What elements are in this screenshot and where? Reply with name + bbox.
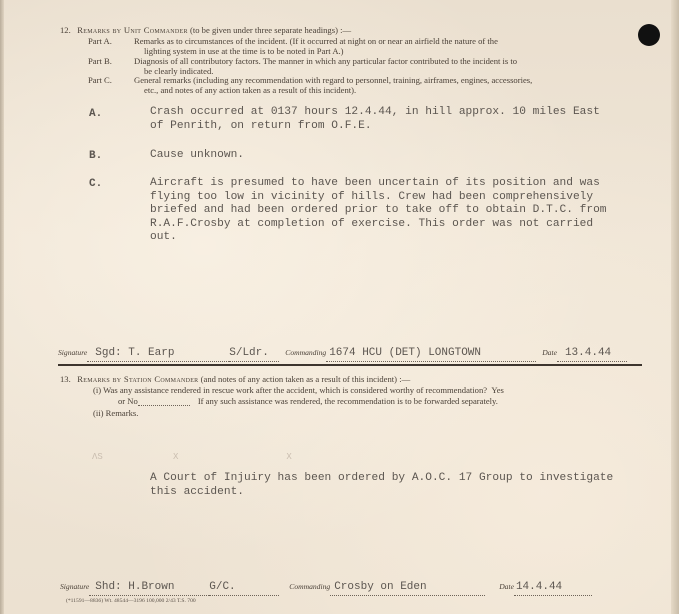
entry-a-line-1: Crash occurred at 0137 hours 12.4.44, in… [150,106,630,120]
page-left-edge [0,0,4,614]
question-i-text: Was any assistance rendered in rescue wo… [103,385,487,395]
part-c-label: Part C. [88,75,134,95]
station-commander-signature-line: Signature Shd: H.Brown G/C. Commanding C… [60,581,660,596]
commanding-value: 1674 HCU (DET) LONGTOWN [326,347,536,362]
entry-c-line-2: flying too low in vicinity of hills. Cre… [150,191,630,205]
unit-commander-signature-line: Signature Sgd: T. Earp S/Ldr. Commanding… [58,347,658,362]
part-b-instruction: Part B. Diagnosis of all contributory fa… [88,56,517,76]
part-b-line-1: Diagnosis of all contributory factors. T… [134,56,517,66]
section-13-title: Remarks by Station Commander [77,374,198,384]
entry-b-text: Cause unknown. [150,149,630,163]
section-12-heading: 12. Remarks by Unit Commander (to be giv… [60,25,351,35]
commanding-label: Commanding [289,582,330,591]
part-a-instruction: Part A. Remarks as to circumstances of t… [88,36,498,56]
signature-value: Sgd: T. Earp [87,347,229,362]
entry-b-letter: B. [89,150,102,162]
date-label: Date [499,582,514,591]
station-commander-remarks: A Court of Injuiry has been ordered by A… [150,472,630,499]
part-a-line-2: lighting system in use at the time is to… [134,46,498,56]
section-12-note: (to be given under three separate headin… [190,25,351,35]
commanding-value: Crosby on Eden [330,581,485,596]
question-ii-label: (ii) [93,408,104,418]
date-value: 14.4.44 [514,581,592,596]
entry-c-line-4: R.A.F.Crosby at completion of exercise. … [150,218,630,232]
rank-value: S/Ldr. [229,347,279,362]
assistance-question: (i) Was any assistance rendered in rescu… [93,385,653,395]
entry-a-letter: A. [89,108,102,120]
part-b-label: Part B. [88,56,134,76]
question-i-label: (i) [93,385,101,395]
question-i-no: or No [118,396,138,406]
date-value: 13.4.44 [557,347,627,362]
section-12-title: Remarks by Unit Commander [77,25,188,35]
date-label: Date [542,348,557,357]
section-12-number: 12. [60,25,71,35]
entry-a-text: Crash occurred at 0137 hours 12.4.44, in… [150,106,630,133]
page-right-edge [671,0,679,614]
signature-label: Signature [60,582,89,591]
remarks-heading: (ii) Remarks. [93,408,138,418]
entry-c-line-3: briefed and had been ordered prior to ta… [150,204,630,218]
part-a-label: Part A. [88,36,134,56]
commanding-label: Commanding [285,348,326,357]
no-answer-field [138,396,190,406]
part-a-line-1: Remarks as to circumstances of the incid… [134,36,498,46]
print-code: (*11591—8836) Wt. 48544—3196 100,000 2/4… [66,598,196,604]
part-c-instruction: Part C. General remarks (including any r… [88,75,532,95]
section-divider-rule [58,364,642,366]
part-c-line-2: etc., and notes of any action taken as a… [134,85,532,95]
question-i-yes: Yes [491,385,504,395]
remarks-line-2: this accident. [150,486,630,500]
entry-c-letter: C. [89,178,102,190]
entry-c-line-1: Aircraft is presumed to have been uncert… [150,177,630,191]
question-i-note: If any such assistance was rendered, the… [198,396,498,406]
signature-value: Shd: H.Brown [89,581,209,596]
signature-label: Signature [58,348,87,357]
show-through-marks: ΛS X X [92,452,292,462]
entry-c-line-5: out. [150,231,630,245]
question-ii-text: Remarks. [106,408,139,418]
remarks-line-1: A Court of Injuiry has been ordered by A… [150,472,630,486]
entry-b-line-1: Cause unknown. [150,149,630,163]
entry-a-line-2: of Penrith, on return from O.F.E. [150,120,630,134]
rank-value: G/C. [209,581,279,596]
part-c-line-1: General remarks (including any recommend… [134,75,532,85]
section-13-number: 13. [60,374,71,384]
section-13-note: (and notes of any action taken as a resu… [201,374,411,384]
entry-c-text: Aircraft is presumed to have been uncert… [150,177,630,245]
section-13-heading: 13. Remarks by Station Commander (and no… [60,374,410,384]
punch-hole [638,24,660,46]
assistance-question-line-2: or No If any such assistance was rendere… [118,396,638,406]
document-page: 12. Remarks by Unit Commander (to be giv… [0,0,679,614]
